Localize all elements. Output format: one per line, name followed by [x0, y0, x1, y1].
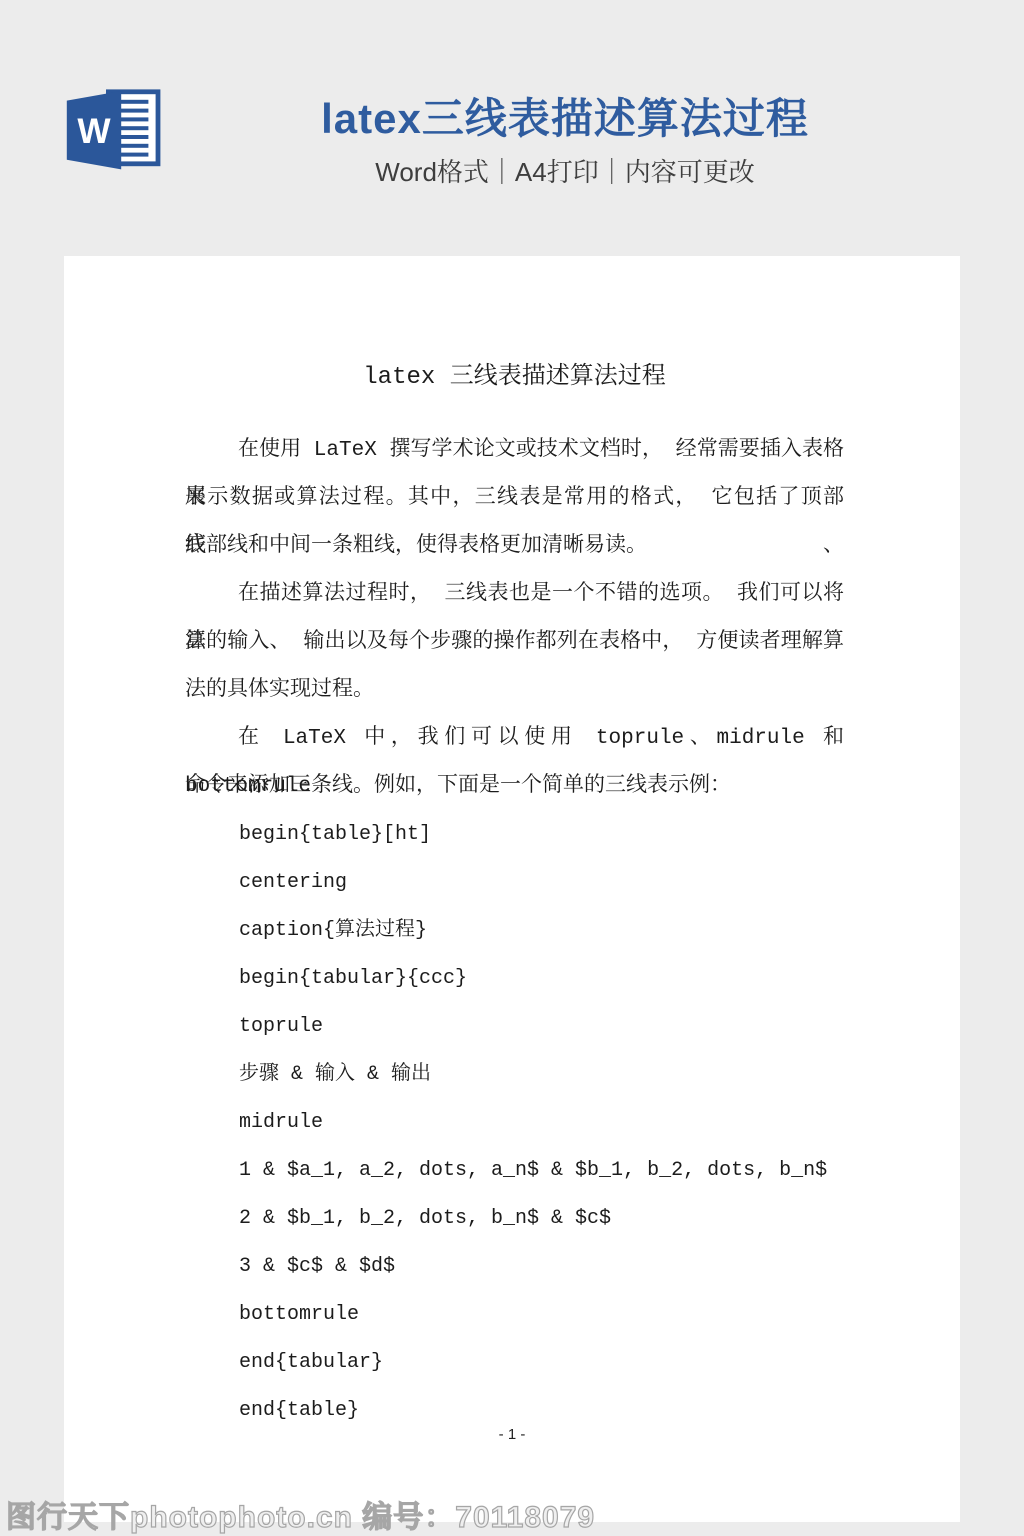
document-content: latex 三线表描述算法过程 在使用 LaTeX 撰写学术论文或技术文档时， …	[64, 256, 960, 1522]
document-page: latex 三线表描述算法过程 在使用 LaTeX 撰写学术论文或技术文档时， …	[64, 256, 960, 1522]
header-text: latex三线表描述算法过程 Word格式｜A4打印｜内容可更改	[170, 0, 960, 188]
document-body: 在使用 LaTeX 撰写学术论文或技术文档时， 经常需要插入表格来 展示数据或算…	[185, 427, 844, 1435]
page-number: - 1 -	[64, 1426, 960, 1443]
code-line: 步骤 & 输入 & 输出	[185, 1051, 844, 1099]
paragraph-line: 法的输入、 输出以及每个步骤的操作都列在表格中， 方便读者理解算	[185, 619, 844, 667]
paragraph: 在描述算法过程时， 三线表也是一个不错的选项。 我们可以将算 法的输入、 输出以…	[185, 571, 844, 715]
paragraph: 在 LaTeX 中，我们可以使用 toprule、midrule 和 botto…	[185, 715, 844, 811]
paragraph-line: 在描述算法过程时， 三线表也是一个不错的选项。 我们可以将算	[185, 571, 844, 619]
header: W latex三线表描述算法过程 Word格式｜A4打印｜内容可更改	[0, 0, 1024, 256]
code-line: caption{算法过程}	[185, 907, 844, 955]
site-watermark: 图行天下photophoto.cn 编号：70118079	[6, 1492, 595, 1536]
code-line: end{tabular}	[185, 1339, 844, 1387]
word-document-icon: W	[62, 84, 166, 178]
code-line: toprule	[185, 1003, 844, 1051]
template-subtitle: Word格式｜A4打印｜内容可更改	[170, 156, 960, 188]
template-preview: W latex三线表描述算法过程 Word格式｜A4打印｜内容可更改 latex…	[0, 0, 1024, 1536]
paragraph-line: 在使用 LaTeX 撰写学术论文或技术文档时， 经常需要插入表格来	[185, 427, 844, 475]
code-block: begin{table}[ht] centering caption{算法过程}…	[185, 811, 844, 1435]
code-line: begin{table}[ht]	[185, 811, 844, 859]
code-line: 1 & $a_1, a_2, dots, a_n$ & $b_1, b_2, d…	[185, 1147, 844, 1195]
paragraph-line: 展示数据或算法过程。其中，三线表是常用的格式， 它包括了顶部线、	[185, 475, 844, 523]
word-icon-letter: W	[77, 112, 111, 151]
document-title: latex 三线表描述算法过程	[185, 256, 844, 396]
paragraph-line: 法的具体实现过程。	[185, 667, 844, 715]
template-title: latex三线表描述算法过程	[170, 94, 960, 144]
paragraph: 在使用 LaTeX 撰写学术论文或技术文档时， 经常需要插入表格来 展示数据或算…	[185, 427, 844, 571]
code-line: 2 & $b_1, b_2, dots, b_n$ & $c$	[185, 1195, 844, 1243]
code-line: midrule	[185, 1099, 844, 1147]
paragraph-line: 在 LaTeX 中，我们可以使用 toprule、midrule 和 botto…	[185, 715, 844, 763]
code-line: centering	[185, 859, 844, 907]
code-line: 3 & $c$ & $d$	[185, 1243, 844, 1291]
code-line: bottomrule	[185, 1291, 844, 1339]
code-line: begin{tabular}{ccc}	[185, 955, 844, 1003]
paragraph-line: 命令来添加三条线。例如，下面是一个简单的三线表示例：	[185, 763, 844, 811]
